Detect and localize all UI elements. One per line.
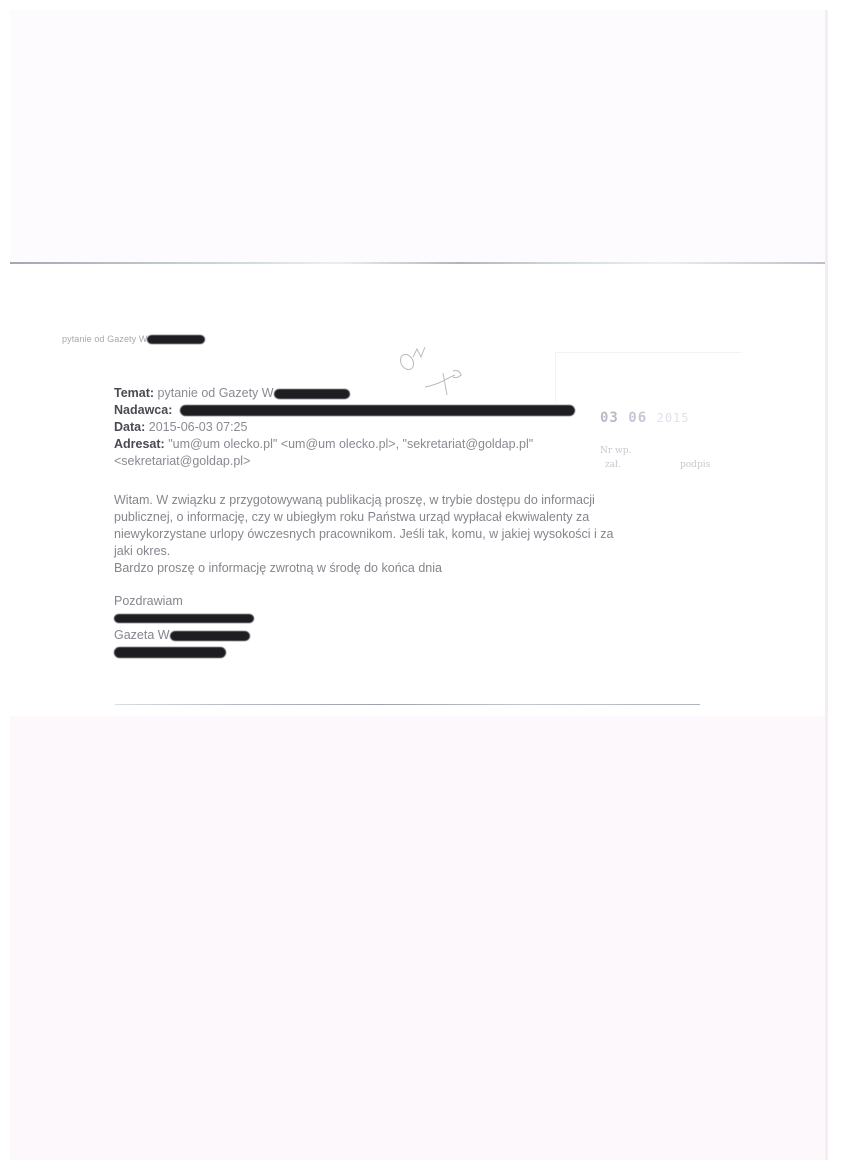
- subject-value: pytanie od Gazety W: [158, 386, 274, 400]
- body-line: jaki okres.: [114, 543, 714, 560]
- redaction-mark: [147, 335, 205, 344]
- body-line: Witam. W związku z przygotowywaną publik…: [114, 492, 714, 509]
- field-label: Nadawca:: [114, 403, 172, 417]
- print-header-text: pytanie od Gazety W: [62, 334, 147, 344]
- lower-fold-area: [10, 716, 825, 1160]
- redaction-mark: [170, 631, 250, 641]
- footer-rule: [115, 704, 700, 705]
- redaction-mark: [114, 647, 226, 658]
- redaction-mark: [114, 614, 254, 623]
- field-recipient: Adresat: "um@um olecko.pl" <um@um olecko…: [114, 436, 714, 453]
- signature-contact-line: [114, 644, 254, 661]
- email-header: Temat: pytanie od Gazety W Nadawca: Data…: [114, 385, 714, 470]
- body-line: publicznej, o informację, czy w ubiegłym…: [114, 509, 714, 526]
- upper-fold-area: [10, 10, 825, 263]
- field-date: Data: 2015-06-03 07:25: [114, 419, 714, 436]
- recipient-continuation: <sekretariat@goldap.pl>: [114, 454, 250, 468]
- email-signature: Pozdrawiam Gazeta W: [114, 593, 254, 661]
- fold-line: [10, 262, 828, 264]
- recipient-value: "um@um olecko.pl" <um@um olecko.pl>, "se…: [168, 437, 533, 451]
- redaction-mark: [180, 405, 575, 416]
- field-label: Temat:: [114, 386, 154, 400]
- date-value: 2015-06-03 07:25: [149, 420, 248, 434]
- print-header: pytanie od Gazety W: [62, 334, 205, 344]
- page-edge: [825, 10, 828, 1160]
- body-line: niewykorzystane urlopy ówczesnych pracow…: [114, 526, 714, 543]
- field-label: Data:: [114, 420, 145, 434]
- field-recipient-continuation: <sekretariat@goldap.pl>: [114, 453, 714, 470]
- field-sender: Nadawca:: [114, 402, 714, 419]
- field-subject: Temat: pytanie od Gazety W: [114, 385, 714, 402]
- email-body: Witam. W związku z przygotowywaną publik…: [114, 492, 714, 577]
- signature-organization-line: Gazeta W: [114, 627, 254, 644]
- redaction-mark: [274, 389, 350, 399]
- signature-name-line: [114, 610, 254, 627]
- signature-organization: Gazeta W: [114, 628, 170, 642]
- signature-greeting: Pozdrawiam: [114, 593, 254, 610]
- body-line: Bardzo proszę o informację zwrotną w śro…: [114, 560, 714, 577]
- field-label: Adresat:: [114, 437, 165, 451]
